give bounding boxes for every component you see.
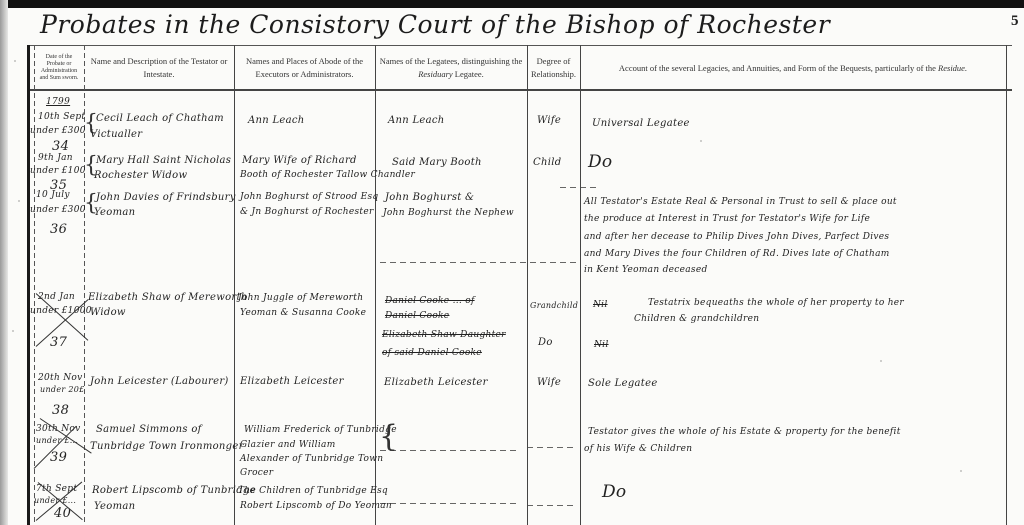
executor-line: & Jn Boghurst of Rochester: [240, 207, 374, 217]
entry-date: 10 July: [36, 190, 70, 200]
relationship-value: Child: [533, 157, 561, 168]
testator-line: John Leicester (Labourer): [90, 376, 229, 387]
scan-noise: [14, 60, 16, 62]
entry-sum: under £300: [30, 126, 86, 136]
legatee-line: Daniel Cooke ... of: [385, 296, 475, 306]
header-legatees-suffix: Legatee.: [455, 69, 484, 79]
account-line: in Kent Yeoman deceased: [584, 265, 708, 275]
account-line: and Mary Dives the four Children of Rd. …: [584, 249, 890, 259]
page-title: Probates in the Consistory Court of the …: [40, 10, 940, 44]
column-rule: [1006, 45, 1007, 525]
executor-line: William Frederick of Tunbridge: [244, 425, 397, 435]
header-account-text: Account of the several Legacies, and Ann…: [619, 63, 936, 73]
account-line: Children & grandchildren: [634, 314, 759, 324]
entry-sum: under £100: [30, 166, 86, 176]
legatee-line: Elizabeth Leicester: [384, 377, 488, 388]
testator-line: Widow: [90, 307, 126, 318]
entry-number: 39: [50, 450, 67, 465]
testator-line: John Davies of Frindsbury: [96, 192, 236, 203]
account-line: of his Wife & Children: [584, 444, 692, 454]
account-mark: Nil: [594, 340, 609, 350]
scan-border-top: [0, 0, 1024, 8]
testator-line: Victualler: [90, 129, 142, 140]
scan-noise: [880, 360, 882, 362]
legatee-line: John Boghurst the Nephew: [383, 208, 514, 218]
testator-line: Samuel Simmons of: [96, 424, 202, 435]
testator-line: Cecil Leach of Chatham: [96, 113, 224, 124]
executor-line: Alexander of Tunbridge Town: [240, 454, 383, 464]
testator-line: Rochester Widow: [94, 170, 187, 181]
account-ditto: Do: [602, 482, 626, 502]
column-rule: [234, 45, 235, 525]
year-mark: 1799: [46, 97, 70, 107]
relationship-value: Do: [538, 337, 553, 348]
entry-number: 38: [52, 403, 69, 418]
account-line: All Testator's Estate Real & Personal in…: [584, 197, 897, 207]
executor-line: Elizabeth Leicester: [240, 376, 344, 387]
row-divider: [527, 447, 577, 448]
entry-date: 10th Sept: [38, 112, 85, 122]
executor-line: Ann Leach: [248, 115, 305, 126]
header-account-italic: Residue.: [938, 63, 967, 73]
column-rule: [34, 45, 35, 525]
account-line: the produce at Interest in Trust for Tes…: [584, 214, 870, 224]
account-line: Universal Legatee: [592, 118, 690, 129]
entry-date: 9th Jan: [38, 153, 73, 163]
account-line: Testatrix bequeaths the whole of her pro…: [648, 298, 904, 308]
legatee-line: Daniel Cooke: [385, 311, 449, 321]
entry-sum: under £300: [30, 205, 86, 215]
header-account: Account of the several Legacies, and Ann…: [580, 46, 1006, 90]
legatee-line: Elizabeth Shaw Daughter: [382, 330, 506, 340]
header-legatees-text: Names of the Legatees, distinguishing th…: [380, 56, 523, 66]
header-date: Date of the Probate or Administration an…: [34, 46, 84, 90]
executor-line: John Juggle of Mereworth: [238, 293, 363, 303]
column-rule: [580, 45, 581, 525]
header-legatees-italic: Residuary: [418, 69, 452, 79]
row-divider: [380, 450, 520, 451]
entry-number: 36: [50, 222, 67, 237]
scan-noise: [12, 330, 14, 332]
scan-noise: [700, 140, 702, 142]
entry-sum: under 20£: [40, 385, 85, 394]
executor-line: Mary Wife of Richard: [242, 155, 357, 166]
executor-line: Glazier and William: [240, 440, 336, 450]
account-ditto: Do: [588, 152, 612, 172]
entry-date: 20th Nov: [38, 373, 83, 383]
margin-rule: [27, 45, 30, 525]
page-number: 5: [1011, 13, 1019, 30]
row-divider: [380, 503, 520, 504]
executor-line: Booth of Rochester Tallow Chandler: [240, 170, 415, 180]
header-relationship: Degree of Relationship.: [527, 46, 580, 90]
entry-number: 37: [50, 335, 67, 350]
executor-line: Robert Lipscomb of Do Yeoman: [240, 501, 392, 511]
entry-number: 34: [52, 139, 69, 154]
executor-line: Grocer: [240, 468, 273, 478]
ledger-page: Probates in the Consistory Court of the …: [0, 0, 1024, 525]
row-divider: [527, 505, 577, 506]
legatee-line: John Boghurst &: [385, 192, 474, 203]
account-mark: Nil: [593, 300, 608, 310]
testator-line: Tunbridge Town Ironmonger: [90, 441, 244, 452]
column-rule: [375, 45, 376, 525]
executor-line: Yeoman & Susanna Cooke: [240, 308, 366, 318]
account-line: Sole Legatee: [588, 378, 658, 389]
header-executors: Names and Places of Abode of the Executo…: [234, 46, 375, 90]
executor-line: John Boghurst of Strood Esq: [240, 192, 378, 202]
scan-border-left: [0, 0, 8, 525]
relationship-value: Grandchild: [530, 301, 578, 310]
relationship-value: Wife: [537, 115, 561, 126]
legatee-line: Ann Leach: [388, 115, 445, 126]
legatee-line: of said Daniel Cooke: [382, 348, 482, 358]
header-legatees: Names of the Legatees, distinguishing th…: [375, 46, 527, 90]
header-testator: Name and Description of the Testator or …: [84, 46, 234, 90]
scan-noise: [18, 200, 20, 202]
testator-line: Elizabeth Shaw of Mereworth: [88, 292, 248, 303]
relationship-value: Wife: [537, 377, 561, 388]
account-line: and after her decease to Philip Dives Jo…: [584, 232, 889, 242]
row-divider: [380, 262, 580, 263]
scan-noise: [960, 470, 962, 472]
testator-line: Mary Hall Saint Nicholas: [96, 155, 231, 166]
brace-mark: {: [379, 426, 398, 448]
legatee-line: Said Mary Booth: [392, 157, 482, 168]
testator-line: Yeoman: [94, 501, 135, 512]
testator-line: Yeoman: [94, 207, 135, 218]
testator-line: Robert Lipscomb of Tunbridge: [92, 485, 256, 496]
account-line: Testator gives the whole of his Estate &…: [588, 427, 901, 437]
column-rule: [527, 45, 528, 525]
executor-line: The Children of Tunbridge Esq: [238, 486, 388, 496]
